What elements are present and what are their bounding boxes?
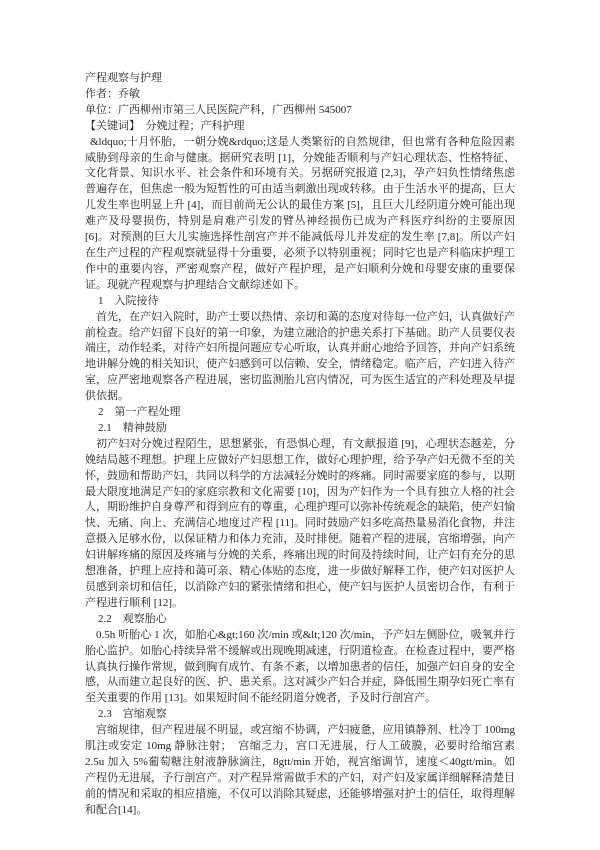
section-paragraph-contraction: 宫缩规律，但产程进展不明显，或宫缩不协调，产妇疲惫，应用镇静剂、杜冷丁 100m… (85, 723, 515, 818)
document-title: 产程观察与护理 (85, 71, 515, 87)
author-line: 作者：乔敏 (85, 87, 515, 103)
intro-paragraph: &ldquo;十月怀胎，一朝分娩&rdquo;这是人类繁衍的自然规律，但也常有各… (85, 135, 515, 294)
section-paragraph-admission: 首先，在产妇入院时，助产士要以热情、亲切和蔼的态度对待每一位产妇，认真做好产前检… (85, 310, 515, 405)
affiliation-line: 单位：广西柳州市第三人民医院产科，广西柳州 545007 (85, 103, 515, 119)
section-heading-fetal-heart: 2.2 观察胎心 (85, 612, 515, 628)
section-paragraph-fetal-heart: 0.5h 听胎心 1 次，如胎心&gt;160 次/min 或&lt;120 次… (85, 628, 515, 708)
section-heading-mental-encouragement: 2.1 精神鼓励 (85, 421, 515, 437)
section-paragraph-mental-encouragement: 初产妇对分娩过程陌生，思想紧张，有恐惧心理，有文献报道 [9]，心理状态越差，分… (85, 437, 515, 612)
document-page: 产程观察与护理 作者：乔敏 单位：广西柳州市第三人民医院产科，广西柳州 5450… (0, 0, 600, 850)
keywords-line: 【关键词】 分娩过程；产科护理 (85, 119, 515, 135)
section-heading-first-stage: 2 第一产程处理 (85, 405, 515, 421)
section-heading-admission: 1 入院接待 (85, 294, 515, 310)
section-heading-contraction: 2.3 宫缩观察 (85, 707, 515, 723)
